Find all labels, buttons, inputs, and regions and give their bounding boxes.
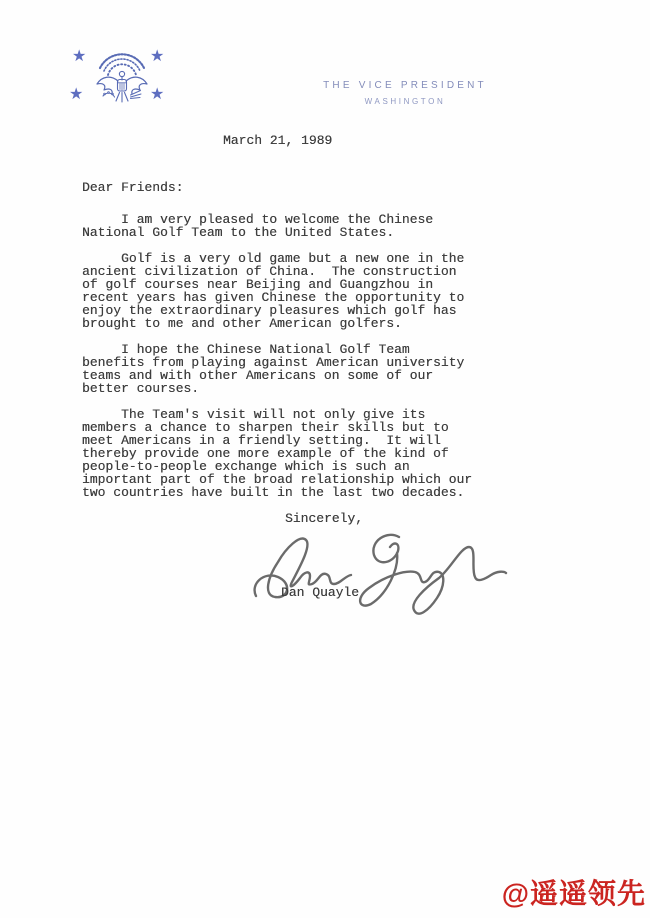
letterhead-subtitle: WASHINGTON (318, 97, 492, 106)
seal-star-icon: ★ (150, 86, 164, 102)
seal-star-icon: ★ (69, 86, 83, 102)
paragraph-4: The Team's visit will not only give its … (82, 408, 490, 499)
salutation: Dear Friends: (82, 181, 490, 194)
watermark-text: @遥遥领先 (502, 872, 646, 912)
letterhead: THE VICE PRESIDENT WASHINGTON (318, 80, 492, 106)
letter-body: Dear Friends: I am very pleased to welco… (82, 181, 490, 525)
eagle-seal-icon (92, 37, 152, 113)
letter-date: March 21, 1989 (223, 133, 332, 148)
vice-president-seal: ★ ★ ★ ★ (62, 36, 174, 118)
paragraph-2: Golf is a very old game but a new one in… (82, 252, 490, 330)
letterhead-title: THE VICE PRESIDENT (318, 80, 492, 91)
paragraph-3: I hope the Chinese National Golf Team be… (82, 343, 490, 395)
typed-signer-name: Dan Quayle (281, 585, 359, 600)
letter-page: ★ ★ ★ ★ (0, 0, 650, 918)
signature-dan-quayle (248, 524, 510, 626)
paragraph-1: I am very pleased to welcome the Chinese… (82, 213, 490, 239)
seal-star-icon: ★ (72, 48, 86, 64)
seal-star-icon: ★ (150, 48, 164, 64)
